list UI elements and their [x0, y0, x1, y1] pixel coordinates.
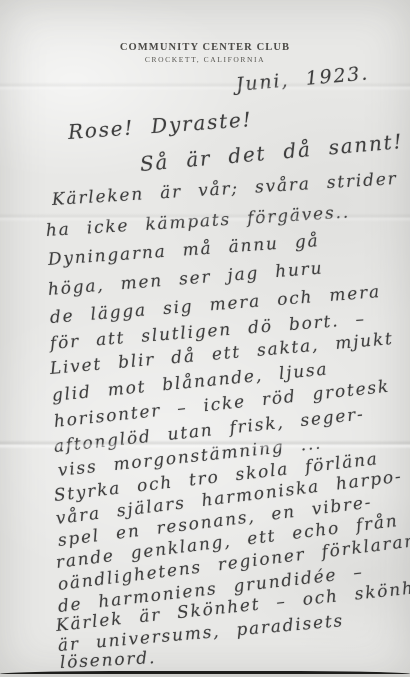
handwritten-line-salutation: Rose! Dyraste!: [67, 107, 253, 144]
letterhead-organization: COMMUNITY CENTER CLUB: [0, 42, 410, 53]
handwritten-line: lösenord.: [59, 648, 156, 673]
letterhead: COMMUNITY CENTER CLUB CROCKETT, CALIFORN…: [0, 42, 410, 64]
letterhead-location: CROCKETT, CALIFORNIA: [0, 55, 410, 64]
date-line: Juni, 1923.: [235, 62, 370, 96]
scanned-letter-page: COMMUNITY CENTER CLUB CROCKETT, CALIFORN…: [0, 0, 410, 677]
